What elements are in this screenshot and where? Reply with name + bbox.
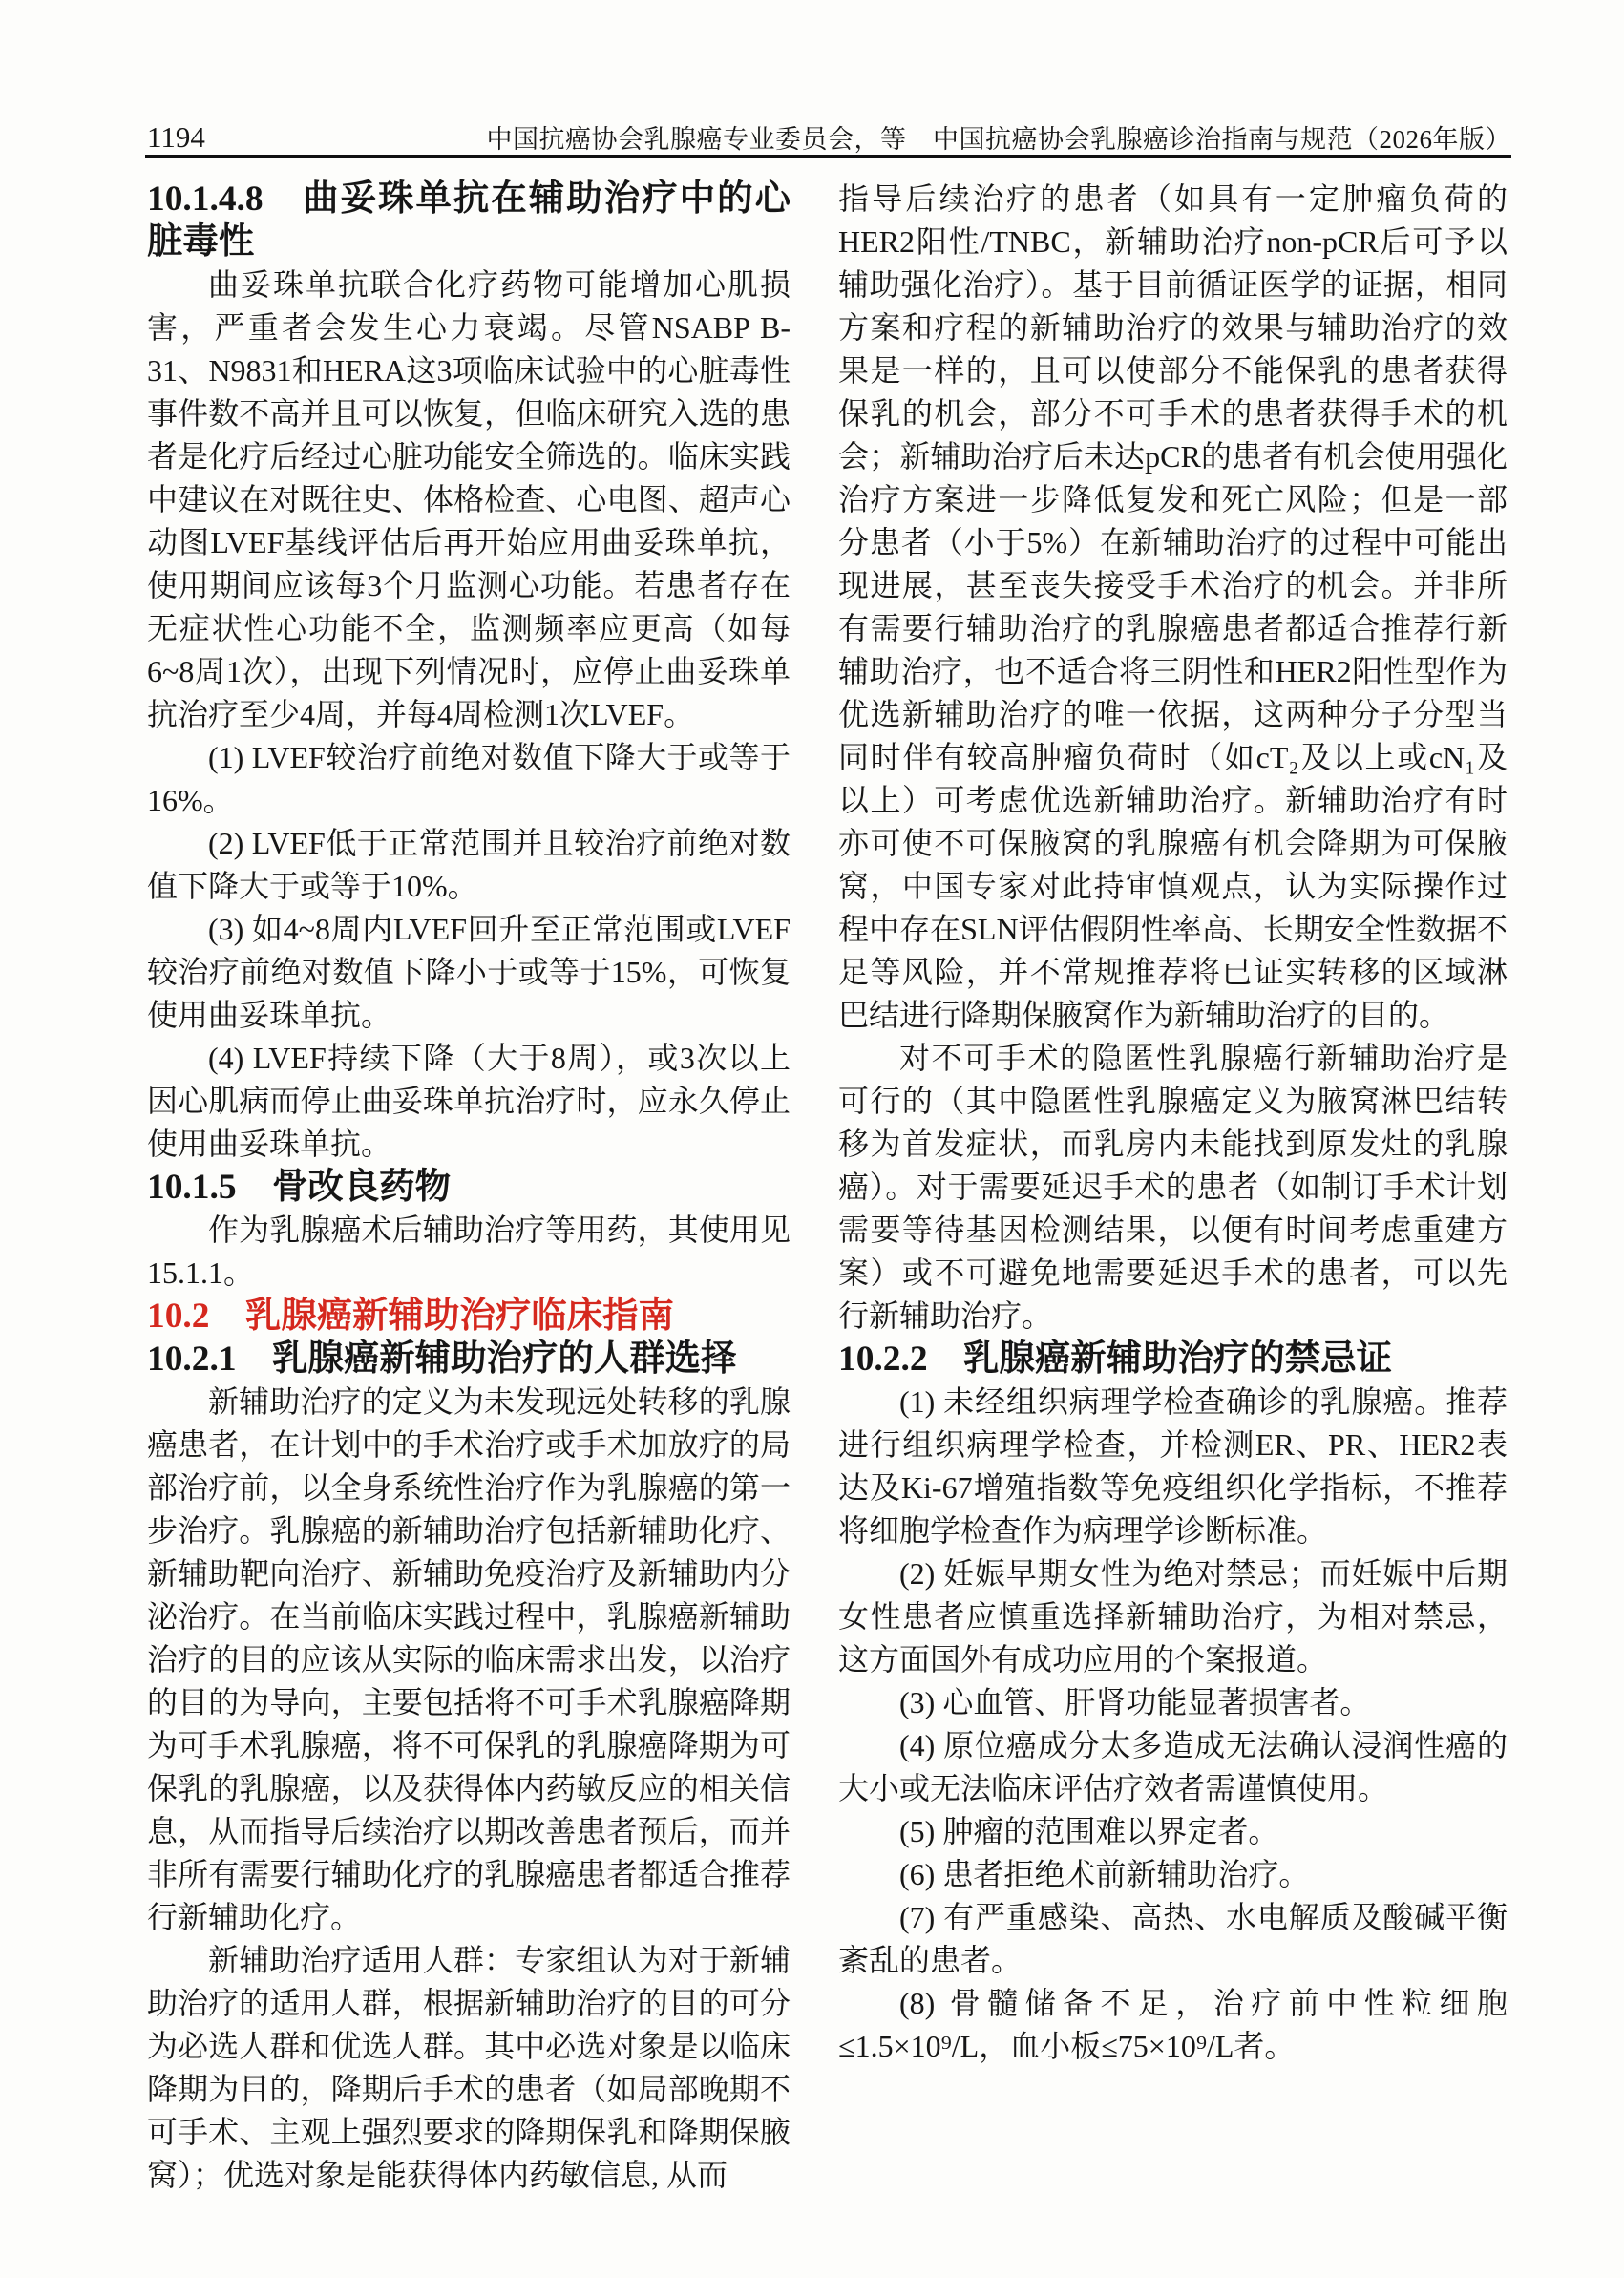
heading-10-1-4-8: 10.1.4.8 曲妥珠单抗在辅助治疗中的心脏毒性 (147, 178, 791, 264)
para-contraindication-8: (8) 骨髓储备不足，治疗前中性粒细胞≤1.5×10⁹/L，血小板≤75×10⁹… (838, 1982, 1508, 2068)
para-applicable-population-continued: 指导后续治疗的患者（如具有一定肿瘤负荷的HER2阳性/TNBC，新辅助治疗non… (838, 178, 1508, 1037)
para-contraindication-2: (2) 妊娠早期女性为绝对禁忌；而妊娠中后期女性患者应慎重选择新辅助治疗，为相对… (838, 1552, 1508, 1681)
page-number: 1194 (147, 120, 205, 155)
para-bone-modifying-drugs: 作为乳腺癌术后辅助治疗等用药，其使用见15.1.1。 (147, 1209, 791, 1295)
para-lvef-item-1: (1) LVEF较治疗前绝对数值下降大于或等于16%。 (147, 736, 791, 822)
right-column: 指导后续治疗的患者（如具有一定肿瘤负荷的HER2阳性/TNBC，新辅助治疗non… (838, 178, 1508, 2068)
para-contraindication-1: (1) 未经组织病理学检查确诊的乳腺癌。推荐进行组织病理学检查，并检测ER、PR… (838, 1381, 1508, 1552)
heading-10-2-red: 10.2 乳腺癌新辅助治疗临床指南 (147, 1295, 791, 1338)
para-contraindication-3: (3) 心血管、肝肾功能显著损害者。 (838, 1681, 1508, 1724)
left-column: 10.1.4.8 曲妥珠单抗在辅助治疗中的心脏毒性曲妥珠单抗联合化疗药物可能增加… (147, 178, 791, 2197)
para-occult-breast-cancer: 对不可手术的隐匿性乳腺癌行新辅助治疗是可行的（其中隐匿性乳腺癌定义为腋窝淋巴结转… (838, 1037, 1508, 1338)
para-lvef-item-2: (2) LVEF低于正常范围并且较治疗前绝对数值下降大于或等于10%。 (147, 822, 791, 908)
para-contraindication-5: (5) 肿瘤的范围难以界定者。 (838, 1810, 1508, 1853)
para-neoadjuvant-definition: 新辅助治疗的定义为未发现远处转移的乳腺癌患者，在计划中的手术治疗或手术加放疗的局… (147, 1381, 791, 1939)
para-contraindication-7: (7) 有严重感染、高热、水电解质及酸碱平衡紊乱的患者。 (838, 1896, 1508, 1982)
para-trastuzumab-cardiotoxicity: 曲妥珠单抗联合化疗药物可能增加心肌损害，严重者会发生心力衰竭。尽管NSABP B… (147, 264, 791, 736)
para-applicable-population: 新辅助治疗适用人群：专家组认为对于新辅助治疗的适用人群，根据新辅助治疗的目的可分… (147, 1939, 791, 2197)
para-lvef-item-4: (4) LVEF持续下降（大于8周），或3次以上因心肌病而停止曲妥珠单抗治疗时，… (147, 1037, 791, 1166)
heading-10-2-2: 10.2.2 乳腺癌新辅助治疗的禁忌证 (838, 1338, 1508, 1381)
heading-10-1-5: 10.1.5 骨改良药物 (147, 1166, 791, 1209)
header-rule (145, 155, 1511, 158)
heading-10-2-1: 10.2.1 乳腺癌新辅助治疗的人群选择 (147, 1338, 791, 1381)
para-contraindication-4: (4) 原位癌成分太多造成无法确认浸润性癌的大小或无法临床评估疗效者需谨慎使用。 (838, 1724, 1508, 1810)
running-header: 中国抗癌协会乳腺癌专业委员会，等 中国抗癌协会乳腺癌诊治指南与规范（2026年版… (487, 124, 1512, 155)
document-page: 1194 中国抗癌协会乳腺癌专业委员会，等 中国抗癌协会乳腺癌诊治指南与规范（2… (0, 0, 1624, 2278)
para-lvef-item-3: (3) 如4~8周内LVEF回升至正常范围或LVEF较治疗前绝对数值下降小于或等… (147, 908, 791, 1037)
para-contraindication-6: (6) 患者拒绝术前新辅助治疗。 (838, 1853, 1508, 1896)
